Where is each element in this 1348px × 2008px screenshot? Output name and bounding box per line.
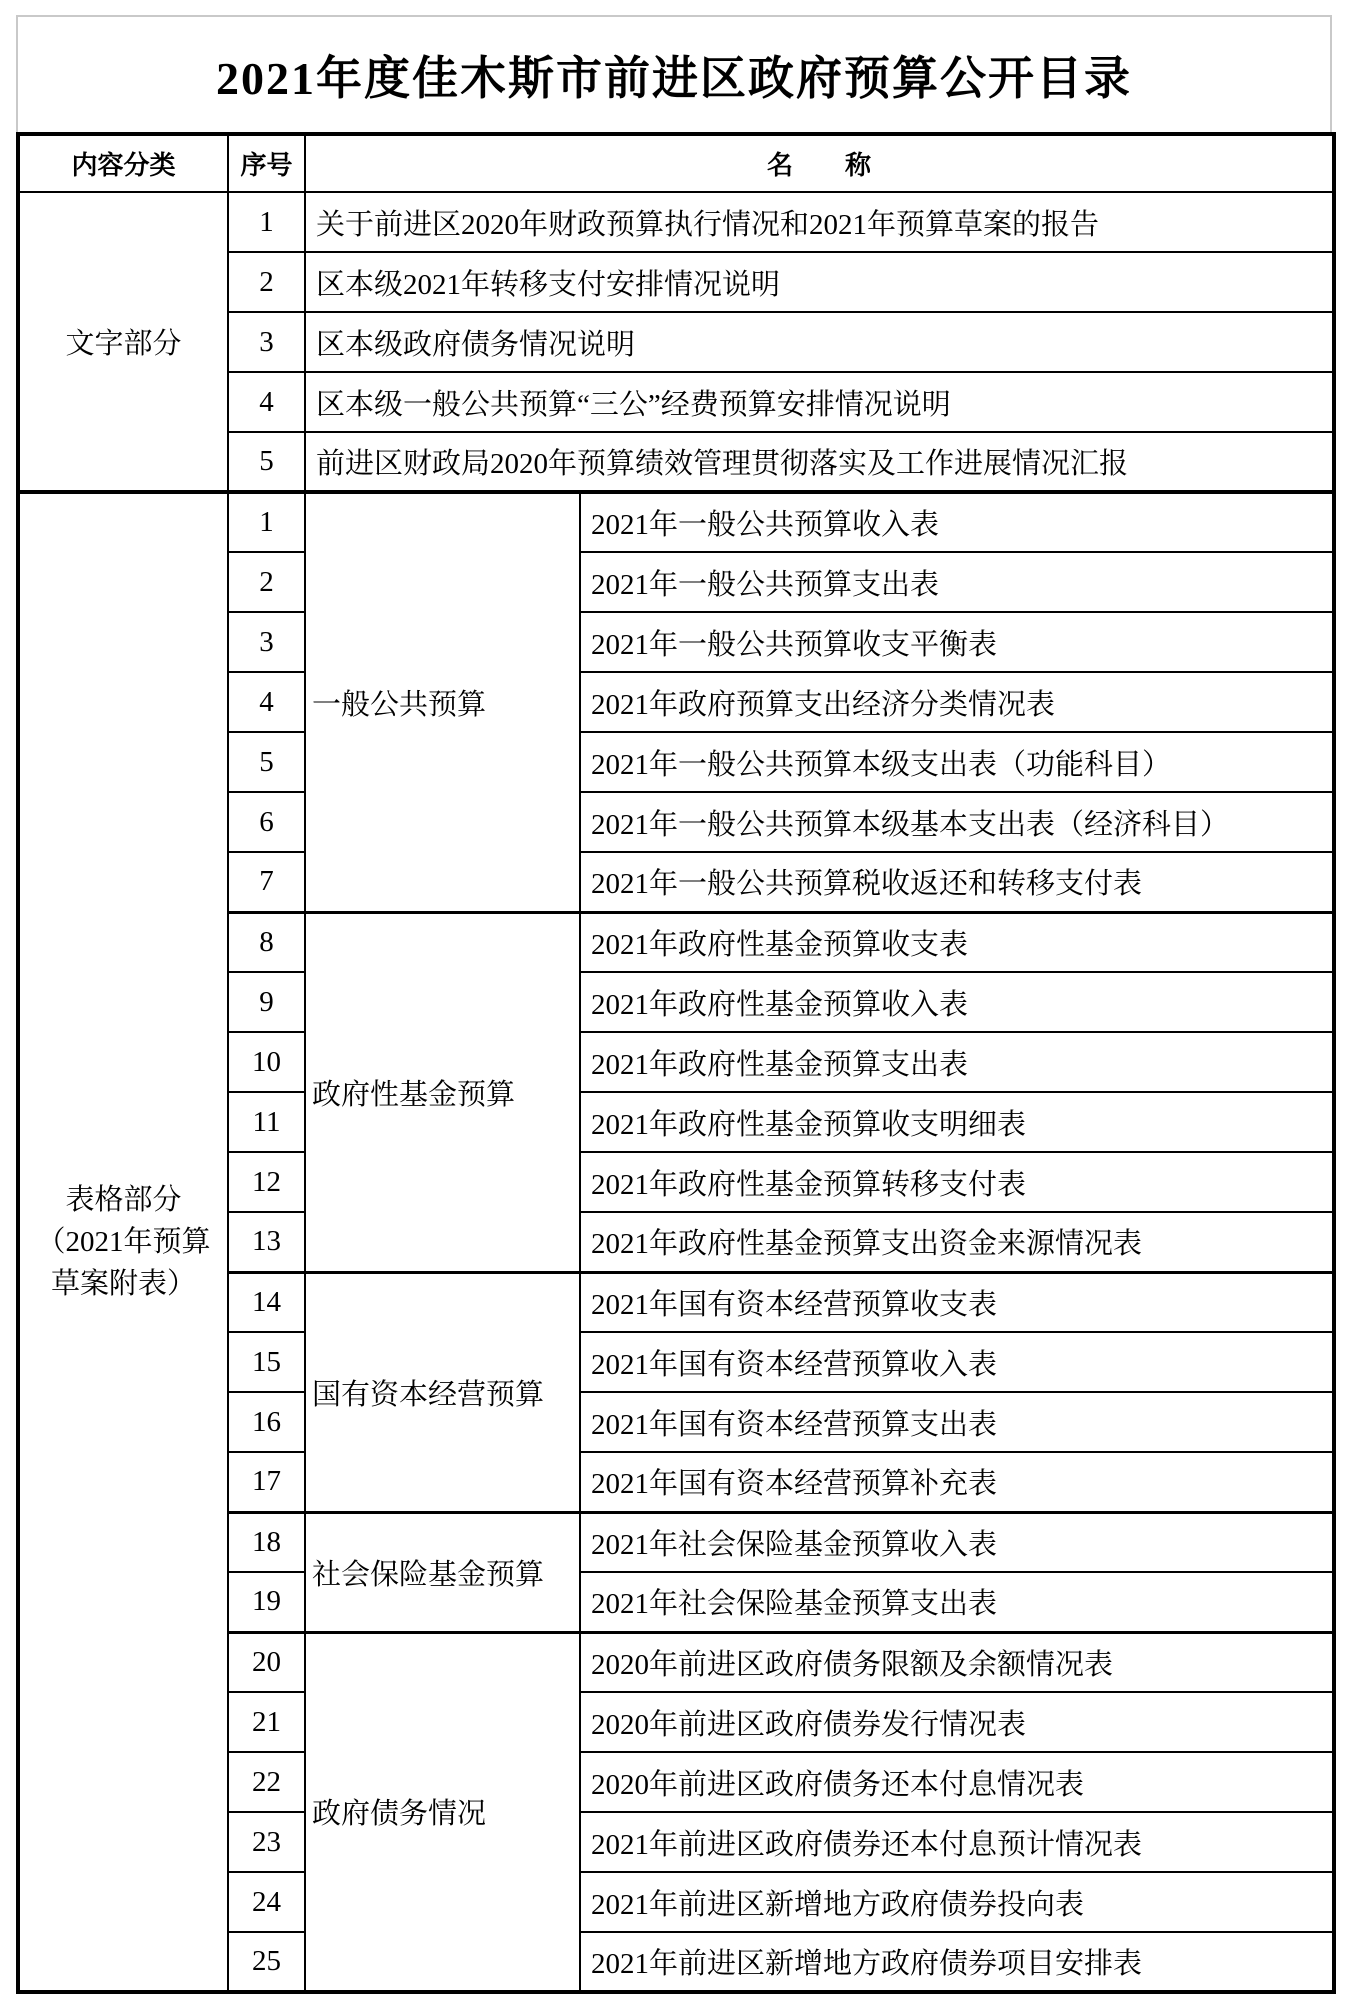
row-index: 2 <box>228 552 305 612</box>
row-index: 5 <box>228 432 305 492</box>
row-index: 1 <box>228 492 305 552</box>
row-name: 2021年前进区政府债券还本付息预计情况表 <box>580 1812 1334 1872</box>
row-index: 14 <box>228 1272 305 1332</box>
row-index: 16 <box>228 1392 305 1452</box>
row-name: 2021年政府性基金预算收入表 <box>580 972 1334 1032</box>
header-cell-name: 名 称 <box>305 134 1334 192</box>
row-name: 2021年政府性基金预算支出资金来源情况表 <box>580 1212 1334 1272</box>
table-header-row: 内容分类 序号 名 称 <box>18 134 1334 192</box>
row-index: 20 <box>228 1632 305 1692</box>
row-index: 9 <box>228 972 305 1032</box>
header-cell-index: 序号 <box>228 134 305 192</box>
row-index: 3 <box>228 312 305 372</box>
row-name: 2021年国有资本经营预算补充表 <box>580 1452 1334 1512</box>
row-name: 2021年一般公共预算本级支出表（功能科目） <box>580 732 1334 792</box>
row-index: 12 <box>228 1152 305 1212</box>
group-category-state-capital-budget: 国有资本经营预算 <box>305 1272 580 1512</box>
row-name: 2021年前进区新增地方政府债券项目安排表 <box>580 1932 1334 1992</box>
row-name: 2021年前进区新增地方政府债券投向表 <box>580 1872 1334 1932</box>
row-name: 前进区财政局2020年预算绩效管理贯彻落实及工作进展情况汇报 <box>305 432 1334 492</box>
row-index: 24 <box>228 1872 305 1932</box>
row-index: 19 <box>228 1572 305 1632</box>
row-index: 10 <box>228 1032 305 1092</box>
row-index: 15 <box>228 1332 305 1392</box>
row-index: 2 <box>228 252 305 312</box>
row-index: 21 <box>228 1692 305 1752</box>
row-name: 2021年国有资本经营预算收入表 <box>580 1332 1334 1392</box>
row-name: 2021年一般公共预算收入表 <box>580 492 1334 552</box>
section-label-line: 表格部分 <box>21 1179 226 1221</box>
row-name: 2021年国有资本经营预算收支表 <box>580 1272 1334 1332</box>
row-name: 2021年社会保险基金预算收入表 <box>580 1512 1334 1572</box>
row-name: 2021年一般公共预算税收返还和转移支付表 <box>580 852 1334 912</box>
page-title: 2021年度佳木斯市前进区政府预算公开目录 <box>216 42 1132 108</box>
header-cell-category: 内容分类 <box>18 134 228 192</box>
row-name: 2020年前进区政府债务限额及余额情况表 <box>580 1632 1334 1692</box>
table-row: 表格部分 （2021年预算 草案附表） 1 一般公共预算 2021年一般公共预算… <box>18 492 1334 552</box>
row-name: 2021年一般公共预算本级基本支出表（经济科目） <box>580 792 1334 852</box>
budget-directory-table: 内容分类 序号 名 称 文字部分 1 关于前进区2020年财政预算执行情况和20… <box>16 132 1336 1994</box>
group-category-social-insurance-budget: 社会保险基金预算 <box>305 1512 580 1632</box>
row-name: 2021年政府预算支出经济分类情况表 <box>580 672 1334 732</box>
group-category-govt-fund-budget: 政府性基金预算 <box>305 912 580 1272</box>
table-row: 文字部分 1 关于前进区2020年财政预算执行情况和2021年预算草案的报告 <box>18 192 1334 252</box>
row-index: 8 <box>228 912 305 972</box>
row-index: 1 <box>228 192 305 252</box>
row-index: 11 <box>228 1092 305 1152</box>
row-name: 2021年政府性基金预算支出表 <box>580 1032 1334 1092</box>
section-label-text-part: 文字部分 <box>18 192 228 492</box>
row-name: 区本级一般公共预算“三公”经费预算安排情况说明 <box>305 372 1334 432</box>
row-index: 7 <box>228 852 305 912</box>
group-category-general-public-budget: 一般公共预算 <box>305 492 580 912</box>
section-label-line: 草案附表） <box>21 1263 226 1305</box>
row-name: 2021年一般公共预算收支平衡表 <box>580 612 1334 672</box>
row-index: 13 <box>228 1212 305 1272</box>
row-index: 3 <box>228 612 305 672</box>
row-name: 2020年前进区政府债券发行情况表 <box>580 1692 1334 1752</box>
row-name: 2021年政府性基金预算收支表 <box>580 912 1334 972</box>
row-index: 4 <box>228 672 305 732</box>
row-index: 18 <box>228 1512 305 1572</box>
row-name: 2021年国有资本经营预算支出表 <box>580 1392 1334 1452</box>
row-index: 17 <box>228 1452 305 1512</box>
row-index: 23 <box>228 1812 305 1872</box>
row-name: 2021年一般公共预算支出表 <box>580 552 1334 612</box>
row-index: 5 <box>228 732 305 792</box>
row-name: 关于前进区2020年财政预算执行情况和2021年预算草案的报告 <box>305 192 1334 252</box>
group-category-govt-debt: 政府债务情况 <box>305 1632 580 1992</box>
row-name: 区本级政府债务情况说明 <box>305 312 1334 372</box>
row-index: 25 <box>228 1932 305 1992</box>
row-index: 4 <box>228 372 305 432</box>
row-name: 区本级2021年转移支付安排情况说明 <box>305 252 1334 312</box>
title-box: 2021年度佳木斯市前进区政府预算公开目录 <box>16 15 1332 132</box>
section-label-line: （2021年预算 <box>21 1221 226 1263</box>
row-name: 2021年社会保险基金预算支出表 <box>580 1572 1334 1632</box>
row-index: 6 <box>228 792 305 852</box>
page: 2021年度佳木斯市前进区政府预算公开目录 内容分类 序号 名 称 文字部分 1… <box>0 0 1348 2008</box>
section-label-table-part: 表格部分 （2021年预算 草案附表） <box>18 492 228 1992</box>
row-name: 2020年前进区政府债务还本付息情况表 <box>580 1752 1334 1812</box>
row-name: 2021年政府性基金预算转移支付表 <box>580 1152 1334 1212</box>
row-name: 2021年政府性基金预算收支明细表 <box>580 1092 1334 1152</box>
row-index: 22 <box>228 1752 305 1812</box>
